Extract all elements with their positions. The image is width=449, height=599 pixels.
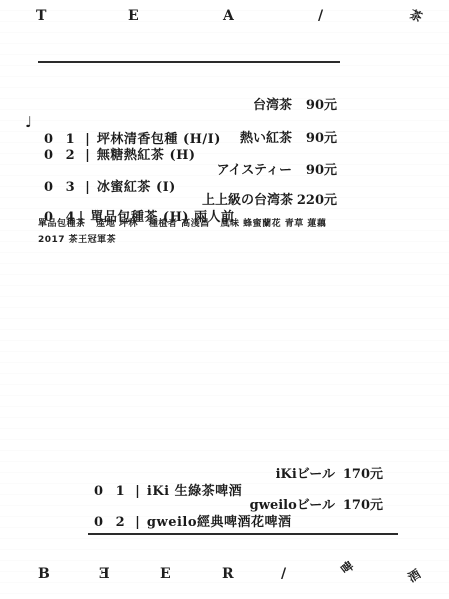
item-price: 90元 <box>306 130 337 147</box>
item-jp-label: 熱い紅茶 <box>240 130 292 147</box>
item-name-text: gweilo經典啤酒花啤酒 <box>147 515 292 530</box>
beer-header-letter-r: R <box>222 566 234 582</box>
item-name-text: 無糖熱紅茶 (H) <box>97 148 196 163</box>
beer-kanji-stamp-1: 啤 <box>337 557 357 578</box>
beer-kanji-stamp-2: 酒 <box>404 565 423 586</box>
beer-row-1: 0 1 | iKi 生綠茶啤酒 iKiビール 170元 <box>0 466 449 483</box>
menu-page: T E A / 茶 ♩ 0 1 | 坪林清香包種 (H/I) 台湾茶 90元 0… <box>0 0 449 599</box>
tea-row-3: 0 3 | 冰蜜紅茶 (I) アイスティー 90元 <box>0 162 449 179</box>
item-price: 220元 <box>297 192 337 209</box>
item-price: 170元 <box>343 497 383 514</box>
tea-header-letter-a: A <box>223 8 234 24</box>
beer-header-slash: / <box>281 566 286 582</box>
tea-divider-line <box>38 61 340 63</box>
item-number: 0 2 <box>94 515 129 530</box>
tea-header-letter-t: T <box>36 8 46 24</box>
item-jp-label: gweiloビール <box>250 497 335 514</box>
item-price: 90元 <box>306 97 337 114</box>
beer-divider-line <box>88 533 398 535</box>
item-jp-label: 台湾茶 <box>253 97 292 114</box>
item-divider-bar: | <box>135 515 142 530</box>
beer-header-letter-e: E <box>160 566 171 582</box>
item-jp-label: 上上級の台湾茶 <box>202 192 293 209</box>
tea-header-slash: / <box>318 8 323 24</box>
tea-row-4: 0 4| 單品包種茶 (H) 兩人前 上上級の台湾茶 220元 <box>0 192 449 209</box>
item-jp-label: iKiビール <box>276 466 335 483</box>
music-note-icon: ♩ <box>25 114 32 131</box>
tea-row-1: ♩ 0 1 | 坪林清香包種 (H/I) 台湾茶 90元 <box>0 97 449 114</box>
beer-row-2: 0 2 | gweilo經典啤酒花啤酒 gweiloビール 170元 <box>0 497 449 514</box>
tea-row-2: 0 2 | 無糖熱紅茶 (H) 熱い紅茶 90元 <box>0 130 449 147</box>
beer-row-2-label: 0 2 | gweilo經典啤酒花啤酒 <box>94 514 292 531</box>
item-jp-label: アイスティー <box>217 162 292 179</box>
beer-header-letter-b: B <box>38 566 50 582</box>
item-divider-bar: | <box>85 148 92 163</box>
tea-notes-line-2: 2017 茶王冠軍茶 <box>38 234 116 246</box>
tea-kanji-stamp: 茶 <box>407 5 425 25</box>
beer-header-letter-e-reversed: Ǝ <box>99 566 110 582</box>
item-price: 90元 <box>306 162 337 179</box>
item-price: 170元 <box>343 466 383 483</box>
tea-notes-line-1: 單品包種茶 產地 坪林 種植者 高淺昌 風味 蜂蜜蘭花 青草 蓮藕 <box>38 218 326 230</box>
item-number: 0 2 <box>44 148 79 163</box>
tea-header-letter-e: E <box>128 8 139 24</box>
